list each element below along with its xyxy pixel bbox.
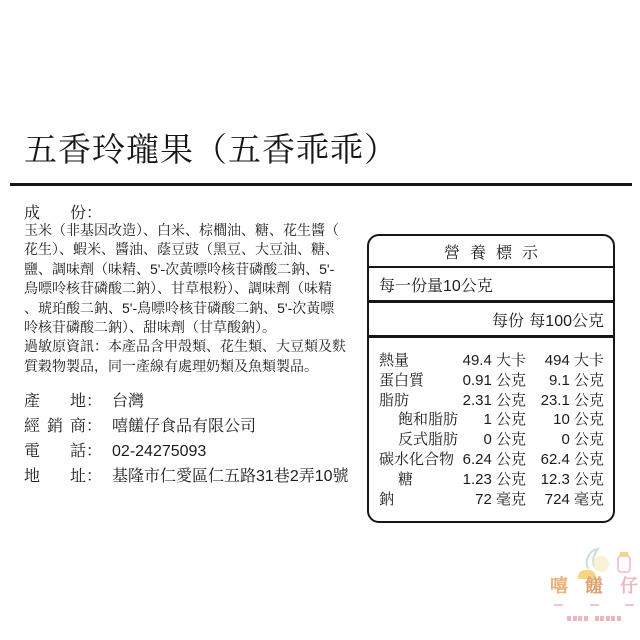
- ingredients-line: 鹽、調味劑（味精、5'-次黃嘌呤核苷磷酸二鈉、5'-: [24, 260, 360, 279]
- nutrition-row-carbohydrate: 碳水化合物6.24 公克62.4 公克: [379, 450, 604, 470]
- page-title: 五香玲瓏果（五香乖乖）: [24, 124, 398, 171]
- distributor-row: 經銷商：嘻饈仔食品有限公司: [24, 413, 364, 438]
- ingredients-line: 呤核苷磷酸二鈉）、甜味劑（甘草酸鈉）。: [24, 318, 360, 337]
- ingredients-line: 、琥珀酸二鈉、5'-鳥嘌呤核苷磷酸二鈉、5'-次黃嘌: [24, 299, 360, 318]
- origin-row: 產地：台灣: [24, 388, 364, 413]
- ingredients-line: 花生）、蝦米、醬油、蔭豆豉（黑豆、大豆油、糖、: [24, 240, 360, 259]
- per-serving-header: 每份: [444, 308, 524, 331]
- address-row: 地址：基隆市仁愛區仁五路31巷2弄10號: [24, 463, 364, 488]
- ingredients-label: 成份：: [24, 200, 102, 223]
- per-100g-header: 每100公克: [524, 308, 604, 331]
- nutrition-row-sugar: 糖1.23 公克12.3 公克: [379, 470, 604, 490]
- phone-value: 02-24275093: [112, 443, 206, 460]
- colon: ：: [86, 418, 102, 435]
- brand-char: 仔: [620, 576, 638, 596]
- ingredients-label-colon: ：: [86, 205, 102, 222]
- nutrition-row-sodium: 鈉72 毫克724 毫克: [379, 490, 604, 510]
- dough-ball-icon: [593, 556, 609, 572]
- distributor-value: 嘻饈仔食品有限公司: [112, 418, 256, 435]
- watermark-brand-text: 嘻 饈 仔: [550, 576, 638, 596]
- nutrition-row-fat: 脂肪2.31 公克23.1 公克: [379, 391, 604, 411]
- brand-char: 嘻: [550, 576, 568, 596]
- address-label: 地址: [24, 463, 86, 486]
- ingredients-line: 鳥嘌呤核苷磷酸二鈉）、甘草根粉）、調味劑（味精: [24, 279, 360, 298]
- nutrition-serving-size: 每一份量10公克: [369, 268, 613, 303]
- colon: ：: [86, 443, 102, 460]
- origin-label: 產地: [24, 388, 86, 411]
- phone-row: 電話：02-24275093: [24, 438, 364, 463]
- product-info-fields: 產地：台灣 經銷商：嘻饈仔食品有限公司 電話：02-24275093 地址：基隆…: [24, 388, 364, 488]
- nutrition-title: 營養標示: [369, 236, 613, 268]
- watermark-tagline: [548, 616, 640, 621]
- nutrition-facts-table: 營養標示 每一份量10公克 每份 每100公克 熱量49.4 大卡494 大卡 …: [367, 234, 615, 523]
- address-value: 基隆市仁愛區仁五路31巷2弄10號: [112, 468, 349, 485]
- distributor-label: 經銷商: [24, 413, 86, 436]
- ingredients-text: 玉米（非基因改造）、白米、棕櫚油、糖、花生醬（ 花生）、蝦米、醬油、蔭豆豉（黑豆…: [24, 221, 360, 376]
- allergen-info-line: 過敏原資訊：本產品含甲殼類、花生類、大豆類及麩: [24, 337, 360, 356]
- brand-watermark: 嘻 饈 仔: [548, 546, 640, 638]
- allergen-info-line: 質穀物製品，同一產線有處理奶類及魚類製品。: [24, 357, 360, 376]
- nutrition-row-saturated-fat: 飽和脂肪1 公克10 公克: [379, 410, 604, 430]
- nutrition-rows: 熱量49.4 大卡494 大卡 蛋白質0.91 公克9.1 公克 脂肪2.31 …: [369, 338, 613, 521]
- ingredients-label-text: 成份: [24, 200, 86, 223]
- origin-value: 台灣: [112, 393, 144, 410]
- jar-icon: [618, 556, 630, 572]
- nutrition-row-trans-fat: 反式脂肪0 公克0 公克: [379, 430, 604, 450]
- ingredients-line: 玉米（非基因改造）、白米、棕櫚油、糖、花生醬（: [24, 221, 360, 240]
- colon: ：: [86, 393, 102, 410]
- colon: ：: [86, 468, 102, 485]
- nutrition-row-protein: 蛋白質0.91 公克9.1 公克: [379, 371, 604, 391]
- jar-lid-icon: [620, 552, 629, 556]
- nutrition-row-calories: 熱量49.4 大卡494 大卡: [379, 351, 604, 371]
- phone-label: 電話: [24, 438, 86, 461]
- title-divider: [10, 183, 632, 186]
- nutrition-column-headers: 每份 每100公克: [369, 303, 613, 338]
- brand-char: 饈: [585, 576, 603, 596]
- watermark-dashes: [554, 604, 634, 606]
